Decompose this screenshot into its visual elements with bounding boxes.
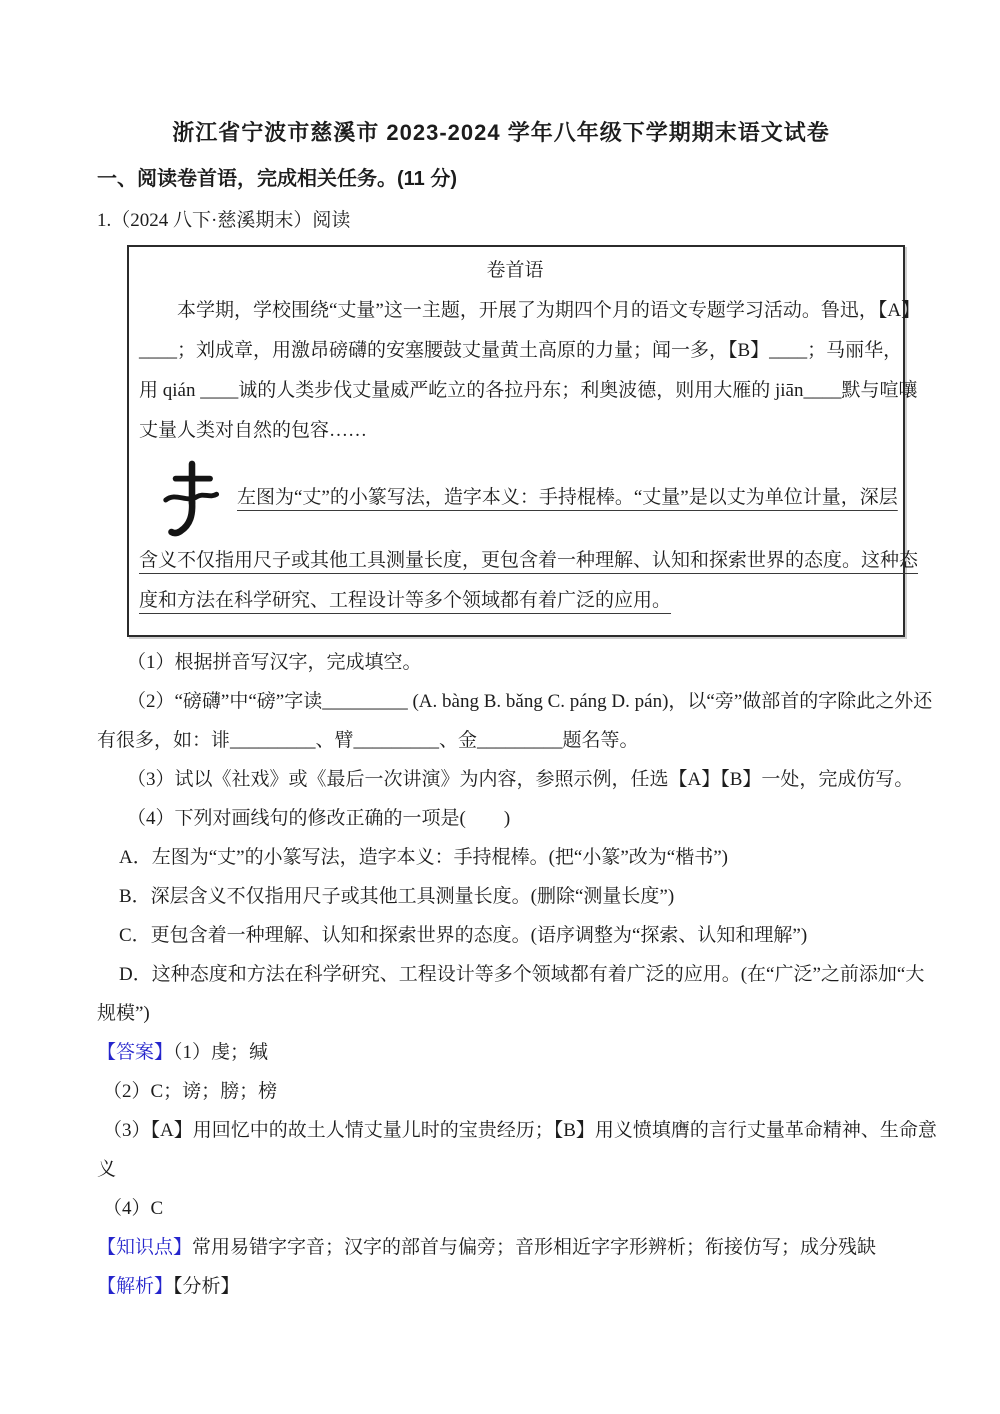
- answer-1-text: （1）虔；缄: [173, 1042, 268, 1063]
- choice-option-d: D．这种态度和方法在科学研究、工程设计等多个领域都有着广泛的应用。(在“广泛”之…: [97, 955, 905, 994]
- analysis-text: 【分析】: [173, 1276, 240, 1297]
- preface-box-title: 卷首语: [139, 251, 891, 291]
- answer-line-4: （4）C: [97, 1189, 905, 1228]
- answer-line-2: （2）C；谤；膀；榜: [97, 1072, 905, 1111]
- preface-paragraph-line: 本学期，学校围绕“丈量”这一主题，开展了为期四个月的语文专题学习活动。鲁迅，【A…: [139, 291, 891, 331]
- preface-paragraph-line: 用 qián ____诚的人类步伐丈量威严屹立的各拉丹东；利奥波德，则用大雁的 …: [139, 371, 891, 411]
- seal-script-row: 左图为“丈”的小篆写法，造字本义：手持棍棒。“丈量”是以丈为单位计量，深层: [139, 459, 891, 541]
- seal-caption-underlined: 左图为“丈”的小篆写法，造字本义：手持棍棒。“丈量”是以丈为单位计量，深层: [233, 459, 898, 513]
- question-and-answer-lines: （1）根据拼音写汉字，完成填空。 （2）“磅礴”中“磅”字读_________ …: [97, 643, 905, 1306]
- underlined-sentence-line: 度和方法在科学研究、工程设计等多个领域都有着广泛的应用。: [139, 581, 891, 621]
- choice-option-c: C．更包含着一种理解、认知和探索世界的态度。(语序调整为“探索、认知和理解”): [97, 916, 905, 955]
- document-content: 浙江省宁波市慈溪市 2023-2024 学年八年级下学期期末语文试卷 一、阅读卷…: [0, 0, 1000, 1306]
- choice-option-d-continued: 规模”): [97, 994, 905, 1033]
- knowledge-points-text: 常用易错字字音；汉字的部首与偏旁；音形相近字字形辨析；衔接仿写；成分残缺: [192, 1237, 876, 1258]
- knowledge-points-label: 【知识点】: [97, 1237, 192, 1258]
- seal-script-character-image: [151, 459, 233, 541]
- answer-line-1: 【答案】（1）虔；缄: [97, 1033, 905, 1072]
- section-heading: 一、阅读卷首语，完成相关任务。(11 分): [97, 164, 905, 194]
- underlined-sentence-line: 含义不仅指用尺子或其他工具测量长度，更包含着一种理解、认知和探索世界的态度。这种…: [139, 541, 891, 581]
- analysis-line: 【解析】【分析】: [97, 1267, 905, 1306]
- sub-question-2-continued: 有很多，如：诽_________、臂_________、金_________题名…: [97, 721, 905, 760]
- preface-paragraph-line: ____；刘成章，用激昂磅礴的安塞腰鼓丈量黄土高原的力量；闻一多，【B】____…: [139, 331, 891, 371]
- preface-paragraph-line: 丈量人类对自然的包容……: [139, 411, 891, 451]
- answer-line-3-continued: 义: [97, 1150, 905, 1189]
- question-intro: 1.（2024 八下·慈溪期末）阅读: [97, 206, 905, 236]
- choice-option-b: B．深层含义不仅指用尺子或其他工具测量长度。(删除“测量长度”): [97, 877, 905, 916]
- answer-label: 【答案】: [97, 1042, 173, 1063]
- sub-question-3: （3）试以《社戏》或《最后一次讲演》为内容，参照示例，任选【A】【B】一处，完成…: [97, 760, 905, 799]
- analysis-label: 【解析】: [97, 1276, 173, 1297]
- sub-question-2: （2）“磅礴”中“磅”字读_________ (A. bàng B. bǎng …: [97, 682, 905, 721]
- choice-option-a: A．左图为“丈”的小篆写法，造字本义：手持棍棒。(把“小篆”改为“楷书”): [97, 838, 905, 877]
- sub-question-4: （4）下列对画线句的修改正确的一项是( ): [97, 799, 905, 838]
- page-title: 浙江省宁波市慈溪市 2023-2024 学年八年级下学期期末语文试卷: [97, 118, 905, 148]
- exam-document-page: 浙江省宁波市慈溪市 2023-2024 学年八年级下学期期末语文试卷 一、阅读卷…: [0, 0, 1000, 1414]
- sub-question-1: （1）根据拼音写汉字，完成填空。: [97, 643, 905, 682]
- knowledge-points-line: 【知识点】常用易错字字音；汉字的部首与偏旁；音形相近字字形辨析；衔接仿写；成分残…: [97, 1228, 905, 1267]
- answer-line-3: （3）【A】用回忆中的故土人情丈量儿时的宝贵经历；【B】用义愤填膺的言行丈量革命…: [97, 1111, 905, 1150]
- preface-box: 卷首语 本学期，学校围绕“丈量”这一主题，开展了为期四个月的语文专题学习活动。鲁…: [127, 245, 905, 637]
